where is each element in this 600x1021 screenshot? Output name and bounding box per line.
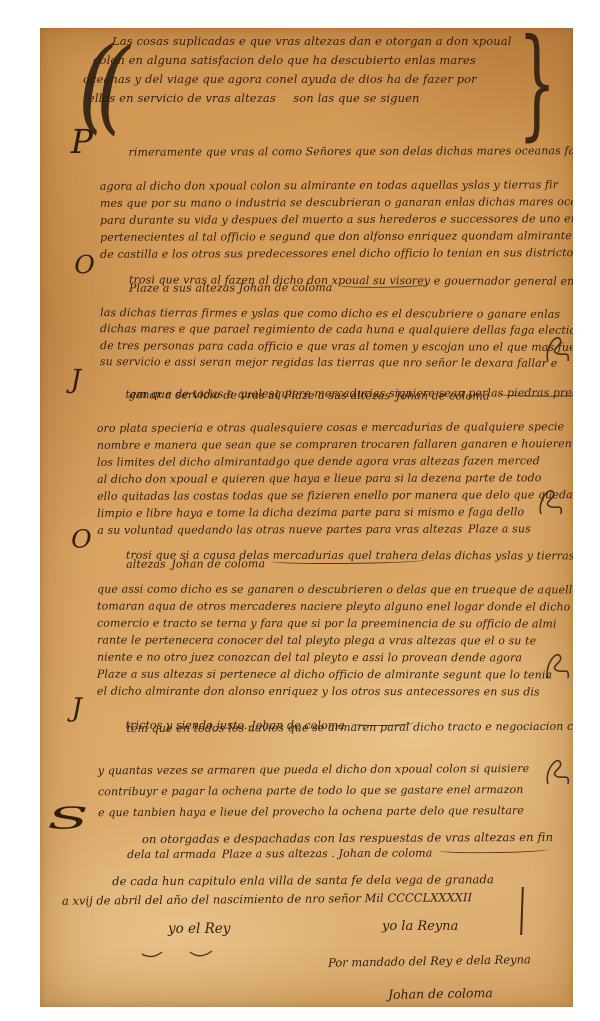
drop-cap: O (71, 527, 92, 552)
article-line: contribuyr e pagar la ochena parte de to… (98, 779, 573, 803)
date-line: a xvij de abril del año del nascimiento … (62, 890, 472, 908)
rubric-icon (542, 754, 572, 790)
closing-line: Son otorgadas e despachadas con las resp… (112, 806, 573, 871)
intro-line: colon en alguna satisfacion delo que ha … (93, 51, 512, 70)
article-line: al dicho don xpoual e quieren que haya e… (97, 469, 573, 488)
article-line: los limites del dicho almirantadgo que d… (97, 452, 573, 471)
article-line: mes que por su mano o industria se descu… (100, 193, 573, 212)
drop-cap: J (71, 367, 82, 393)
article-line: Primeramente que vras al como Señores qu… (100, 125, 573, 178)
article-line-text: rimeramente que vras al como Señores que… (129, 144, 573, 159)
article-line-text: tem que de todas e qualesquiere mercadur… (125, 386, 573, 401)
article-line: Jtem que de todas e qualesquiere mercadu… (97, 367, 573, 420)
drop-cap: P (71, 125, 93, 158)
article-line: Jtem que en todos los navios que se arma… (98, 695, 573, 761)
intro-paragraph: Las cosas suplicadas e que vras altezas … (82, 32, 512, 108)
article-line: que assi como dicho es se ganaren o desc… (97, 581, 573, 599)
closing-line-text: on otorgadas e despachadas con las respu… (142, 830, 553, 846)
article-line: de tres personas para cada officio e que… (100, 338, 573, 356)
manuscript-photo: (( } Las cosas suplicadas e que vras alt… (0, 0, 600, 1021)
closing-line: de cada hun capitulo enla villa de santa… (112, 869, 573, 892)
article-line-text: trosi que si a causa delas mercadurias q… (126, 549, 573, 563)
article-line: las dichas tierras firmes e yslas que co… (100, 305, 573, 323)
article-line-text: tem que en todos los navios que se armar… (126, 719, 573, 735)
rubric-icon (535, 484, 565, 520)
drop-cap: S (47, 804, 88, 834)
intro-line: oceanas y del viage que agora conel ayud… (83, 70, 512, 89)
secretary-signature: Johan de coloma (388, 985, 493, 1002)
signature-flourish-icon (138, 944, 258, 960)
intro-line: ellas en servicio de vras altezas son la… (88, 89, 512, 108)
article-line: Plaze a sus altezas si pertenece al dich… (97, 666, 573, 684)
king-signature: yo el Rey (168, 921, 230, 937)
article-line: Otrosi que vras al fazen al dicho don xp… (100, 255, 573, 306)
closing-paragraph: Son otorgadas e despachadas con las resp… (112, 806, 573, 892)
by-order-line: Por mandado del Rey e dela Reyna (328, 952, 531, 970)
parchment-page: (( } Las cosas suplicadas e que vras alt… (40, 28, 573, 1007)
article-line: pertenecientes al tal officio e segund q… (100, 227, 573, 246)
queen-signature: yo la Reyna (382, 919, 458, 934)
article-line: comercio e tracto se terna y fara que si… (97, 615, 573, 633)
article-line: para durante su vida y despues del muert… (100, 210, 573, 229)
drop-cap: J (71, 695, 82, 721)
article-line: oro plata specieria e otras qualesquiere… (97, 418, 573, 437)
article-line: niente e no otro juez conozcan del tal p… (97, 649, 573, 667)
article-line: limpio e libre haya e tome la dicha dezi… (97, 503, 573, 522)
article-line: rante le pertenecera conocer del tal ple… (97, 632, 573, 650)
drop-cap: O (74, 252, 95, 277)
article-line: Otrosi que si a causa delas mercadurias … (97, 530, 573, 582)
article-line: nombre e manera que sean que se comprare… (97, 435, 573, 454)
intro-line: Las cosas suplicadas e que vras altezas … (112, 32, 512, 51)
article-line: agora al dicho don xpoual colon su almir… (100, 176, 573, 195)
rubric-icon (542, 648, 572, 684)
article-line: dichas mares e que parael regimiento de … (100, 321, 573, 339)
rubric-icon (542, 331, 572, 367)
article-line: ello quitadas las costas todas que se fi… (97, 486, 573, 505)
pen-stroke (520, 887, 524, 935)
article-line: y quantas vezes se armaren que pueda el … (98, 758, 573, 782)
article-line-text: trosi que vras al fazen al dicho don xpo… (129, 273, 573, 288)
article-line: tomaran aqua de otros mercaderes naciere… (97, 598, 573, 616)
